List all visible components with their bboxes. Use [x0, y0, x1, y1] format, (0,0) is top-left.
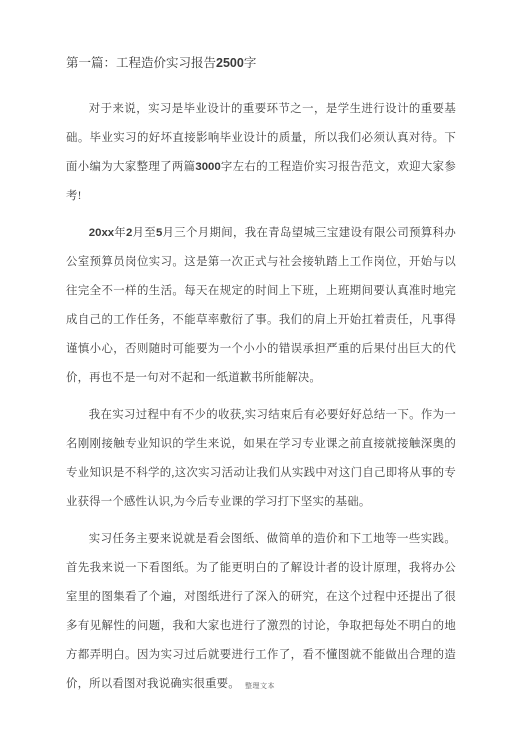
document-content: 第一篇：工程造价实习报告2500字 对于来说，实习是毕业设计的重要环节之一，是学…	[0, 0, 520, 699]
footer-label: 整理文本	[0, 681, 520, 691]
paragraph: 20xx年2月至5月三个月期间，我在青岛望城三宝建设有限公司预算科办公室预算员岗…	[66, 219, 456, 393]
paragraph: 对于来说，实习是毕业设计的重要环节之一，是学生进行设计的重要基础。毕业实习的好坏…	[66, 95, 456, 211]
paragraph: 我在实习过程中有不少的收获,实习结束后有必要好好总结一下。作为一名刚刚接触专业知…	[66, 401, 456, 517]
paragraph: 实习任务主要来说就是看会图纸、做简单的造价和下工地等一些实践。首先我来说一下看图…	[66, 525, 456, 699]
document-page: 第一篇：工程造价实习报告2500字 对于来说，实习是毕业设计的重要环节之一，是学…	[0, 0, 520, 736]
document-body: 对于来说，实习是毕业设计的重要环节之一，是学生进行设计的重要基础。毕业实习的好坏…	[66, 95, 456, 699]
document-title: 第一篇：工程造价实习报告2500字	[66, 55, 456, 71]
